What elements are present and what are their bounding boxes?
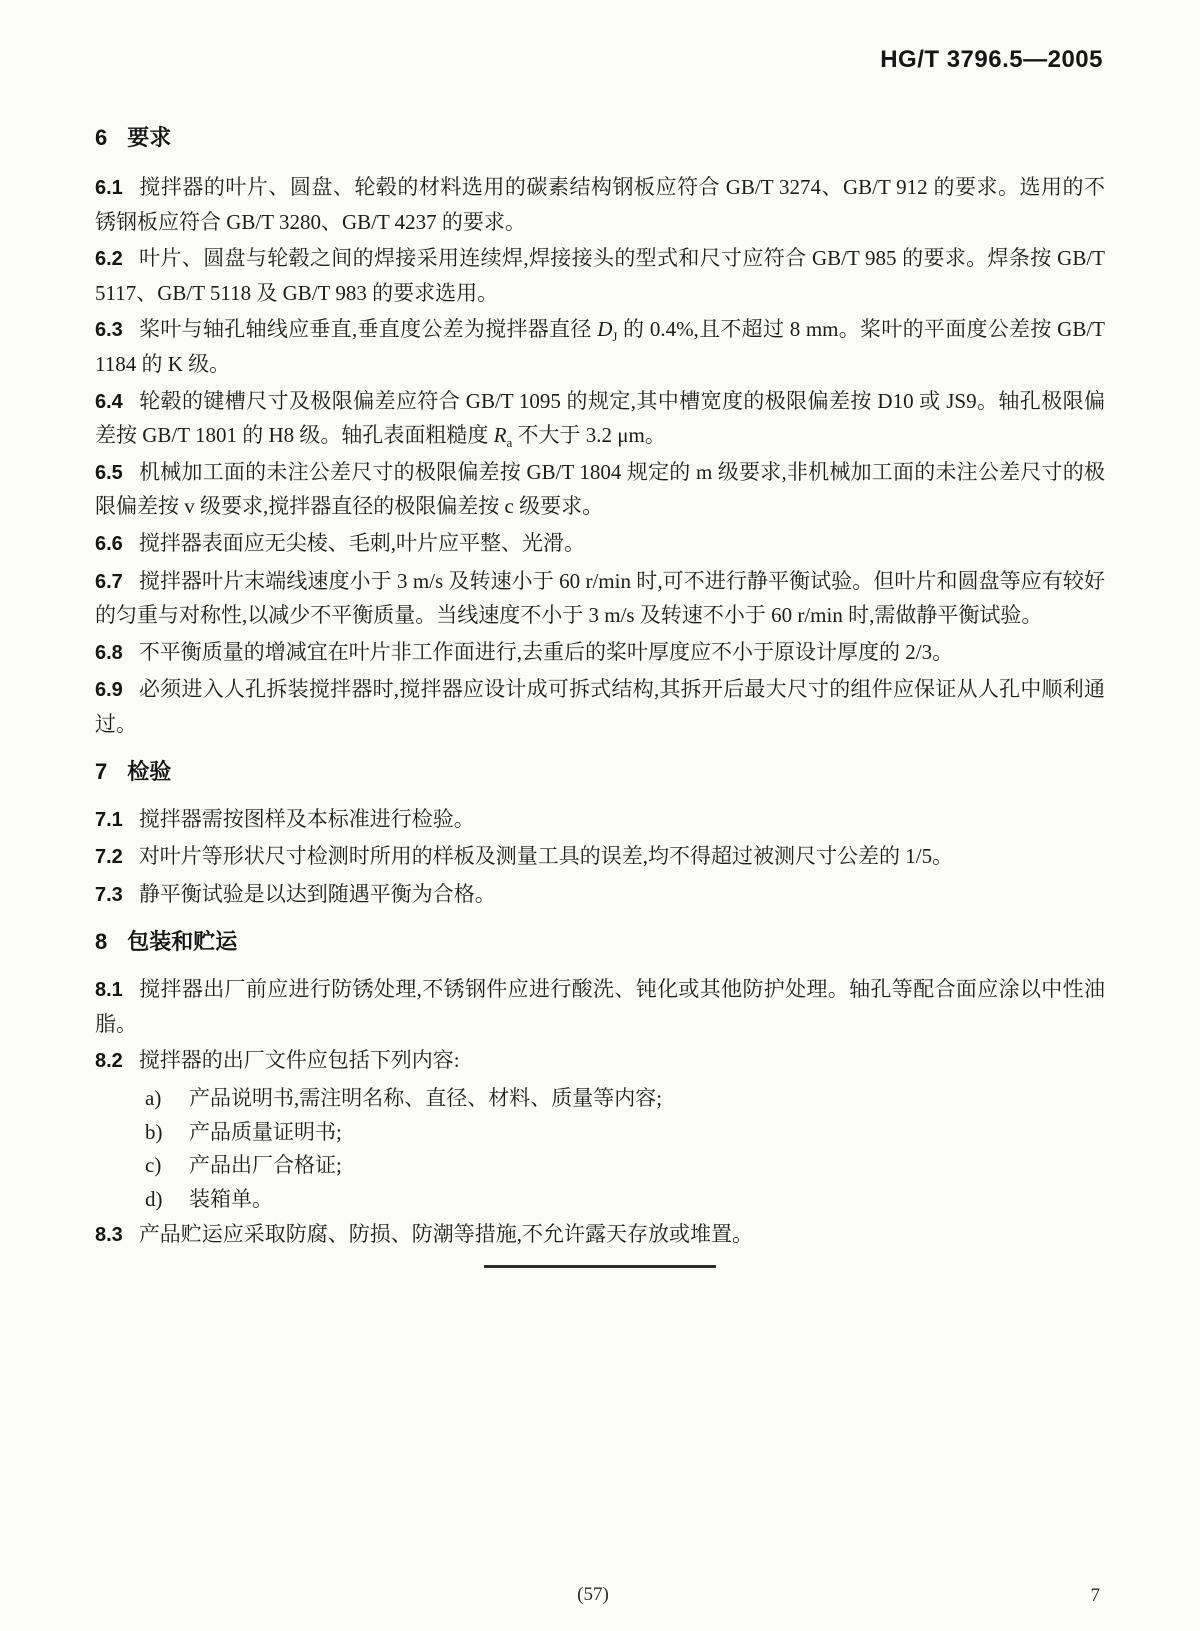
clause-7-2: 7.2对叶片等形状尺寸检测时所用的样板及测量工具的误差,均不得超过被测尺寸公差的… <box>95 840 1105 875</box>
subitem-c: c)产品出厂合格证; <box>145 1149 1105 1183</box>
symbol-diameter-D: D <box>597 317 612 341</box>
clause-number: 6.8 <box>95 642 123 664</box>
clause-6-2: 6.2叶片、圆盘与轮毂之间的焊接采用连续焊,焊接接头的型式和尺寸应符合 GB/T… <box>95 242 1105 310</box>
clause-text: 叶片、圆盘与轮毂之间的焊接采用连续焊,焊接接头的型式和尺寸应符合 GB/T 98… <box>95 246 1105 305</box>
subitem-letter: c) <box>145 1149 189 1183</box>
clause-text: 桨叶与轴孔轴线应垂直,垂直度公差为搅拌器直径 <box>139 317 597 341</box>
clause-text: 搅拌器叶片末端线速度小于 3 m/s 及转速小于 60 r/min 时,可不进行… <box>95 569 1105 628</box>
section-title: 检验 <box>127 759 171 784</box>
clause-8-1: 8.1搅拌器出厂前应进行防锈处理,不锈钢件应进行酸洗、钝化或其他防护处理。轴孔等… <box>95 973 1105 1041</box>
clause-text: 不平衡质量的增减宜在叶片非工作面进行,去重后的桨叶厚度应不小于原设计厚度的 2/… <box>139 640 953 664</box>
clause-6-1: 6.1搅拌器的叶片、圆盘、轮毂的材料选用的碳素结构钢板应符合 GB/T 3274… <box>95 171 1105 239</box>
end-of-text-divider <box>484 1265 716 1268</box>
clause-6-3: 6.3桨叶与轴孔轴线应垂直,垂直度公差为搅拌器直径 DJ 的 0.4%,且不超过… <box>95 313 1105 381</box>
clause-text: 机械加工面的未注公差尺寸的极限偏差按 GB/T 1804 规定的 m 级要求,非… <box>95 460 1105 519</box>
subitem-text: 产品说明书,需注明名称、直径、材料、质量等内容; <box>189 1086 662 1110</box>
footer-page-number: 7 <box>1091 1585 1101 1607</box>
clause-6-7: 6.7搅拌器叶片末端线速度小于 3 m/s 及转速小于 60 r/min 时,可… <box>95 565 1105 633</box>
section-number: 6 <box>95 125 107 150</box>
clause-7-3: 7.3静平衡试验是以达到随遇平衡为合格。 <box>95 878 1105 913</box>
clause-number: 6.5 <box>95 462 123 484</box>
clause-6-4: 6.4轮毂的键槽尺寸及极限偏差应符合 GB/T 1095 的规定,其中槽宽度的极… <box>95 385 1105 453</box>
clause-6-8: 6.8不平衡质量的增减宜在叶片非工作面进行,去重后的桨叶厚度应不小于原设计厚度的… <box>95 636 1105 671</box>
clause-6-5: 6.5机械加工面的未注公差尺寸的极限偏差按 GB/T 1804 规定的 m 级要… <box>95 456 1105 524</box>
document-body: 6要求 6.1搅拌器的叶片、圆盘、轮毂的材料选用的碳素结构钢板应符合 GB/T … <box>95 122 1105 1268</box>
footer-volume-page: (57) <box>0 1584 1186 1606</box>
clause-number: 6.7 <box>95 571 123 593</box>
clause-number: 7.1 <box>95 809 123 831</box>
section-7-heading: 7检验 <box>95 756 1105 787</box>
subitem-d: d)装箱单。 <box>145 1183 1105 1217</box>
clause-text: 对叶片等形状尺寸检测时所用的样板及测量工具的误差,均不得超过被测尺寸公差的 1/… <box>139 844 953 868</box>
section-number: 8 <box>95 929 107 954</box>
clause-number: 6.9 <box>95 679 123 701</box>
clause-text: 不大于 3.2 μm。 <box>512 423 666 447</box>
clause-number: 7.3 <box>95 884 123 906</box>
subitem-letter: a) <box>145 1082 189 1116</box>
section-title: 要求 <box>127 125 171 150</box>
clause-number: 7.2 <box>95 846 123 868</box>
subitem-b: b)产品质量证明书; <box>145 1116 1105 1150</box>
section-8-heading: 8包装和贮运 <box>95 926 1105 957</box>
clause-text: 搅拌器的出厂文件应包括下列内容: <box>139 1048 460 1072</box>
clause-number: 6.6 <box>95 533 123 555</box>
clause-number: 6.1 <box>95 177 123 199</box>
clause-text: 静平衡试验是以达到随遇平衡为合格。 <box>139 882 496 906</box>
standard-number: HG/T 3796.5—2005 <box>880 46 1103 73</box>
page-footer: (57) 7 <box>0 1584 1200 1614</box>
clause-number: 8.3 <box>95 1224 123 1246</box>
section-number: 7 <box>95 759 107 784</box>
subitem-letter: b) <box>145 1116 189 1150</box>
clause-7-1: 7.1搅拌器需按图样及本标准进行检验。 <box>95 803 1105 838</box>
clause-number: 8.2 <box>95 1050 123 1072</box>
clause-number: 6.4 <box>95 391 123 413</box>
clause-8-3: 8.3产品贮运应采取防腐、防损、防潮等措施,不允许露天存放或堆置。 <box>95 1218 1105 1253</box>
section-title: 包装和贮运 <box>127 929 237 954</box>
clause-text: 搅拌器的叶片、圆盘、轮毂的材料选用的碳素结构钢板应符合 GB/T 3274、GB… <box>95 175 1105 234</box>
clause-6-9: 6.9必须进入人孔拆装搅拌器时,搅拌器应设计成可拆式结构,其拆开后最大尺寸的组件… <box>95 673 1105 741</box>
page-header: HG/T 3796.5—2005 <box>0 0 1200 76</box>
clause-text: 必须进入人孔拆装搅拌器时,搅拌器应设计成可拆式结构,其拆开后最大尺寸的组件应保证… <box>95 677 1105 736</box>
clause-number: 8.1 <box>95 979 123 1001</box>
document-page: HG/T 3796.5—2005 6要求 6.1搅拌器的叶片、圆盘、轮毂的材料选… <box>0 0 1200 1631</box>
clause-text: 搅拌器出厂前应进行防锈处理,不锈钢件应进行酸洗、钝化或其他防护处理。轴孔等配合面… <box>95 977 1105 1036</box>
subitem-text: 产品质量证明书; <box>189 1120 342 1144</box>
clause-text: 产品贮运应采取防腐、防损、防潮等措施,不允许露天存放或堆置。 <box>139 1222 753 1246</box>
subitem-letter: d) <box>145 1183 189 1217</box>
clause-6-6: 6.6搅拌器表面应无尖棱、毛刺,叶片应平整、光滑。 <box>95 527 1105 562</box>
clause-number: 6.2 <box>95 248 123 270</box>
subitem-text: 产品出厂合格证; <box>189 1153 342 1177</box>
section-6-heading: 6要求 <box>95 122 1105 153</box>
symbol-roughness-R: R <box>494 423 507 447</box>
clause-number: 6.3 <box>95 319 123 341</box>
clause-8-2: 8.2搅拌器的出厂文件应包括下列内容: <box>95 1044 1105 1079</box>
subitem-text: 装箱单。 <box>189 1187 273 1211</box>
subitem-a: a)产品说明书,需注明名称、直径、材料、质量等内容; <box>145 1082 1105 1116</box>
clause-text: 搅拌器表面应无尖棱、毛刺,叶片应平整、光滑。 <box>139 531 585 555</box>
clause-text: 搅拌器需按图样及本标准进行检验。 <box>139 807 475 831</box>
